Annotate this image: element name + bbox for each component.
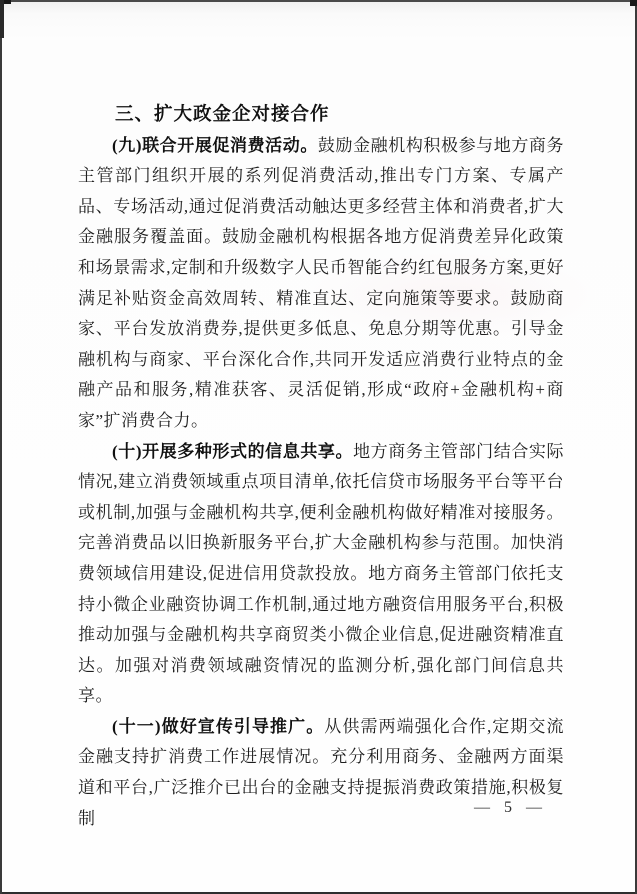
document-body: 三、扩大政金企对接合作 (九)联合开展促消费活动。鼓励金融机构积极参与地方商务主… (78, 100, 564, 834)
paragraph-9-text: 鼓励金融机构积极参与地方商务主管部门组织开展的系列促消费活动,推出专门方案、专属… (78, 136, 564, 430)
section-heading: 三、扩大政金企对接合作 (78, 100, 564, 131)
scan-edge-top (0, 0, 637, 2)
scanned-page: 三、扩大政金企对接合作 (九)联合开展促消费活动。鼓励金融机构积极参与地方商务主… (0, 0, 637, 894)
paragraph-11-lead: (十一)做好宣传引导推广。 (112, 717, 324, 736)
paragraph-10-lead: (十)开展多种形式的信息共享。 (112, 442, 353, 461)
paragraph-9: (九)联合开展促消费活动。鼓励金融机构积极参与地方商务主管部门组织开展的系列促消… (78, 131, 564, 437)
paragraph-10: (十)开展多种形式的信息共享。地方商务主管部门结合实际情况,建立消费领域重点项目… (78, 437, 564, 712)
paragraph-9-lead: (九)联合开展促消费活动。 (112, 136, 318, 155)
page-number: — 5 — (474, 799, 547, 817)
scan-corner-mark-left (0, 0, 4, 38)
scan-corner-mark-top-right (630, 0, 637, 6)
paragraph-10-text: 地方商务主管部门结合实际情况,建立消费领域重点项目清单,依托信贷市场服务平台等平… (78, 442, 564, 706)
scan-edge-left (0, 0, 2, 894)
